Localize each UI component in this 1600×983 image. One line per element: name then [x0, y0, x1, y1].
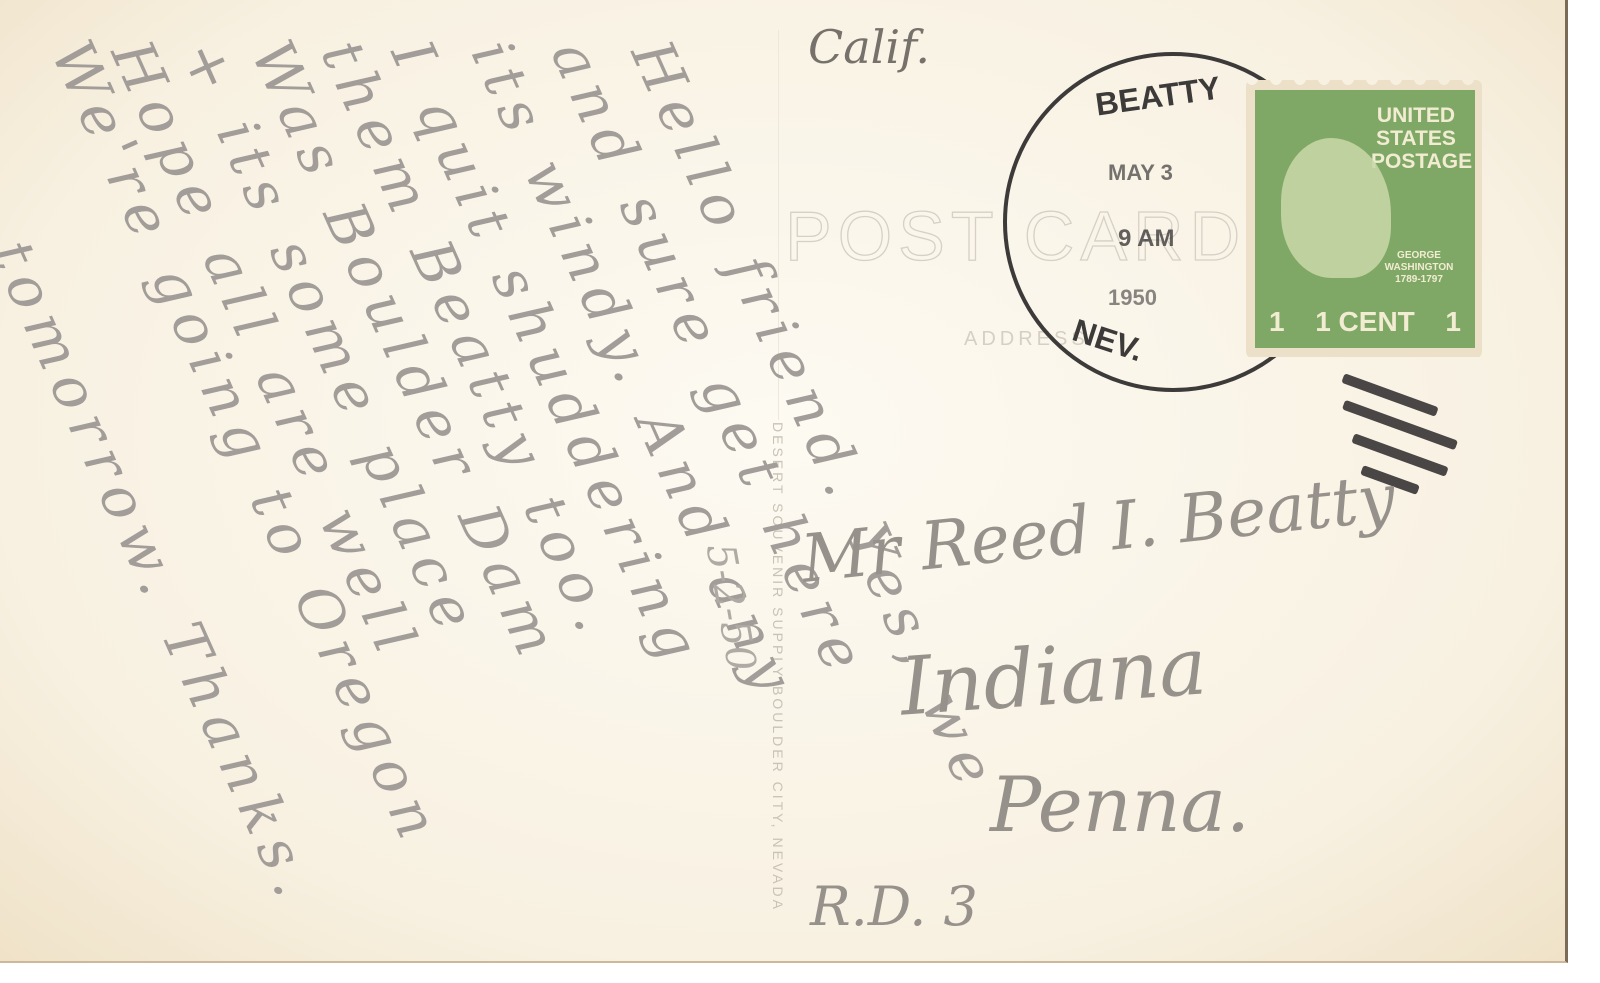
stamp-numeral-left: 1 — [1269, 306, 1285, 338]
postmark-time: 9 AM — [1118, 225, 1174, 253]
stamp-country: UNITED STATES POSTAGE — [1371, 104, 1461, 173]
postcard-back: Calif. POST CARD ADDRESS DESERT SOUVENIR… — [0, 0, 1568, 963]
postmark-year: 1950 — [1108, 285, 1157, 311]
stamp-portrait-name: GEORGE WASHINGTON — [1363, 250, 1475, 274]
stamp-caption: GEORGE WASHINGTON 1789-1797 — [1363, 250, 1475, 286]
stamp-numeral-right: 1 — [1445, 306, 1461, 338]
recipient-route: R.D. 3 — [810, 875, 978, 938]
stamp-denomination-text: 1 CENT — [1315, 306, 1415, 338]
postage-stamp: UNITED STATES POSTAGE GEORGE WASHINGTON … — [1255, 90, 1475, 348]
recipient-city: Indiana — [897, 619, 1210, 733]
recipient-state: Penna. — [990, 760, 1250, 849]
stamp-denomination: 1 1 CENT 1 — [1269, 306, 1461, 338]
handwritten-message: Hello friend. Yes, we and sure get here … — [40, 10, 760, 960]
recipient-name: Mr Reed I. Beatty — [798, 459, 1399, 598]
postmark-date: MAY 3 — [1108, 160, 1173, 186]
state-annotation: Calif. — [808, 20, 930, 74]
stamp-years: 1789-1797 — [1363, 274, 1475, 286]
